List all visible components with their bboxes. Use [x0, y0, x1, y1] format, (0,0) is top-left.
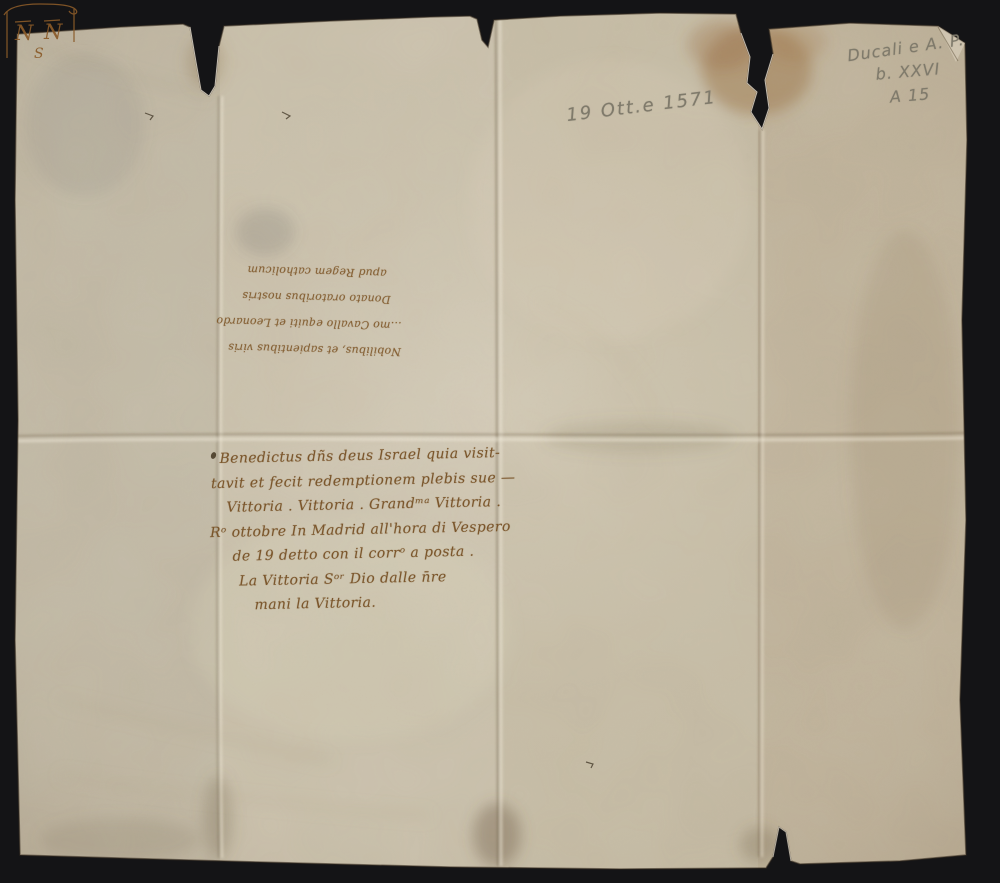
parchment-photograph: Ducali e A. P. b. XXVI A 15 19 Ott.e 157… — [0, 0, 1000, 883]
monogram: N N S — [0, 0, 86, 64]
address-line: Nobilibus, et sapientibus viris — [229, 334, 402, 364]
archival-note: Ducali e A. P. b. XXVI A 15 — [825, 29, 991, 115]
address-block: Nobilibus, et sapientibus viris …mo Cava… — [229, 256, 404, 364]
main-inscription: Benedictus dñs deus Israel quia visit- t… — [203, 441, 518, 619]
address-line: …mo Cavallo equiti et Leonardo — [229, 308, 402, 338]
address-line: Donato oratoribus nostris — [230, 282, 403, 312]
monogram-letter-left: N — [14, 21, 34, 45]
monogram-flourish — [4, 4, 77, 15]
address-line: apud Regem catholicum — [231, 256, 404, 286]
monogram-letter-bottom: S — [34, 46, 44, 62]
monogram-letter-right: N — [43, 20, 63, 44]
